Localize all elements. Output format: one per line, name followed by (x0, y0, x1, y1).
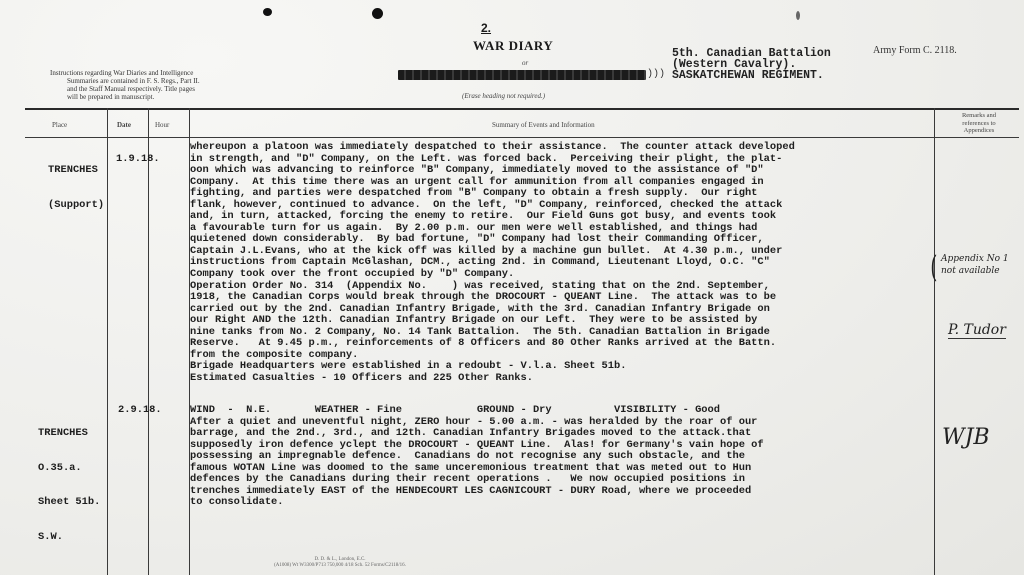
page-number: 2. (481, 21, 491, 35)
punch-hole (372, 8, 383, 19)
unit-line: SASKATCHEWAN REGIMENT. (672, 70, 831, 81)
column-divider (107, 108, 108, 575)
entry-date: 1.9.18. (116, 154, 160, 166)
form-instructions: Instructions regarding War Diaries and I… (50, 69, 290, 101)
erase-note: (Erase heading not required.) (462, 92, 545, 100)
column-header-place: Place (52, 121, 67, 129)
army-form-number: Army Form C. 2118. (873, 45, 957, 56)
summary-line: fighting, and parties were despatched fr… (190, 188, 795, 200)
entry-place: TRENCHES (Support) (48, 142, 104, 223)
summary-line: to consolidate. (190, 497, 764, 509)
entry-summary: WIND - N.E. WEATHER - Fine GROUND - Dry … (190, 405, 764, 509)
summary-line: barrage, and the 2nd., 3rd., and 12th. C… (190, 428, 764, 440)
printer-imprint: D. D. & L., London, E.C. (A1008) Wt W330… (230, 557, 450, 569)
appendix-note-line: not available (941, 265, 1009, 277)
place-line: TRENCHES (48, 165, 104, 177)
title-or: or (522, 59, 528, 67)
column-header-hour: Hour (155, 121, 169, 129)
place-line: TRENCHES (38, 428, 100, 440)
summary-line: WIND - N.E. WEATHER - Fine GROUND - Dry … (190, 405, 764, 417)
instructions-line: will be prepared in manuscript. (50, 93, 290, 101)
summary-line: Estimated Casualties - 10 Officers and 2… (190, 373, 795, 385)
summary-line: possessing an impregnable defence. Canad… (190, 451, 764, 463)
place-line: (Support) (48, 200, 104, 212)
unit-name: 5th. Canadian Battalion (Western Cavalry… (672, 48, 831, 81)
table-header-rule (25, 137, 1019, 138)
table-top-rule (25, 108, 1019, 110)
column-header-remarks: Remarks and references to Appendices (937, 112, 1021, 135)
column-header-date: Date (117, 121, 131, 129)
place-line: O.35.a. (38, 463, 100, 475)
remarks-header-line: references to (937, 120, 1021, 128)
column-header-summary: Summary of Events and Information (492, 121, 595, 129)
summary-line: whereupon a platoon was immediately desp… (190, 142, 795, 154)
ink-blot (263, 8, 272, 16)
appendix-note: Appendix No 1 not available (941, 253, 1009, 277)
place-line: S.W. (38, 532, 100, 544)
remarks-header-line: Appendices (937, 127, 1021, 135)
ink-mark (796, 11, 800, 20)
struck-heading-tail: ))) (647, 69, 665, 80)
entry-summary: whereupon a platoon was immediately desp… (190, 142, 795, 384)
summary-line: Company took over the front occupied by … (190, 269, 795, 281)
column-divider (148, 108, 149, 575)
entry-date: 2.9.18. (118, 405, 162, 417)
initials-signature: P. Tudor (948, 322, 1006, 339)
instructions-line: Instructions regarding War Diaries and I… (50, 69, 290, 77)
remarks-header-line: Remarks and (937, 112, 1021, 120)
struck-heading (398, 70, 646, 80)
place-line: Sheet 51b. (38, 497, 100, 509)
summary-line: 1918, the Canadian Corps would break thr… (190, 292, 795, 304)
initials-signature: WJB (942, 425, 990, 450)
imprint-line: (A1008) Wt W3300/P713 750,000 4/18 Sch. … (230, 563, 450, 569)
entry-place: TRENCHES O.35.a. Sheet 51b. S.W. (38, 405, 100, 555)
instructions-line: and the Staff Manual respectively. Title… (50, 85, 290, 93)
bracket-mark: ( (930, 250, 937, 285)
instructions-line: Summaries are contained in F. S. Regs., … (50, 77, 290, 85)
document-title: WAR DIARY (473, 38, 553, 54)
column-divider (934, 108, 935, 575)
appendix-note-line: Appendix No 1 (941, 253, 1009, 265)
summary-line: oon which was advancing to reinforce "B"… (190, 165, 795, 177)
